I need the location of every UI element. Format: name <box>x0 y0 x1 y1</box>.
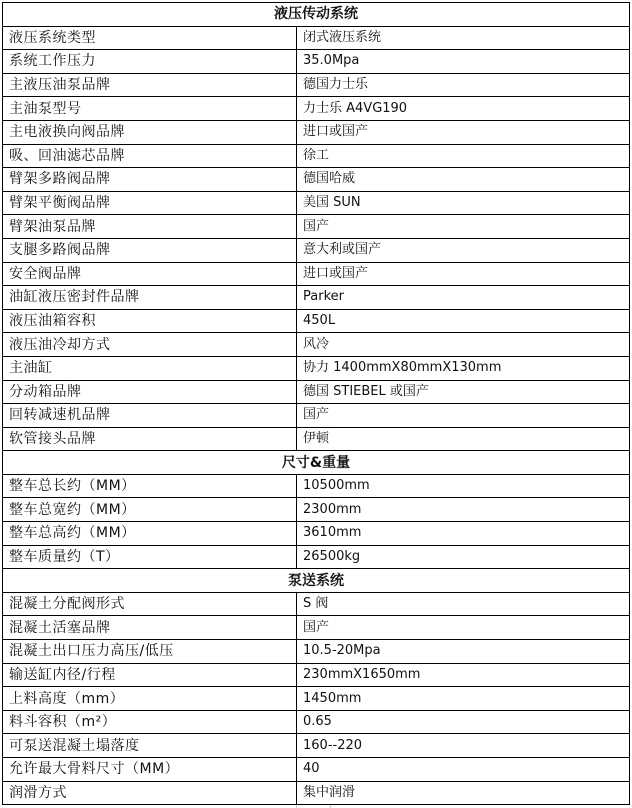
row-label: 软管接头品牌 <box>3 427 297 451</box>
section-header-row: 尺寸&重量 <box>3 451 630 475</box>
row-label: 整车总宽约（MM） <box>3 498 297 522</box>
row-value: 2300mm <box>297 498 630 522</box>
row-value: 450L <box>297 309 630 333</box>
row-label: 整车总长约（MM） <box>3 474 297 498</box>
row-label: 臂架平衡阀品牌 <box>3 191 297 215</box>
row-value: 力士乐 A4VG190 <box>297 97 630 121</box>
table-row: 油缸液压密封件品牌Parker <box>3 286 630 310</box>
row-value: 3610mm <box>297 522 630 546</box>
row-label: 输送缸内径/行程 <box>3 663 297 687</box>
row-value: 协力 1400mmX80mmX130mm <box>297 356 630 380</box>
row-label: 整车质量约（T） <box>3 545 297 569</box>
table-row: 臂架油泵品牌国产 <box>3 215 630 239</box>
row-value: 风冷 <box>297 333 630 357</box>
section-title-dimensions: 尺寸&重量 <box>3 451 630 475</box>
row-label: 混凝土活塞品牌 <box>3 616 297 640</box>
table-row: 系统工作压力35.0Mpa <box>3 50 630 74</box>
section-header-row: 泵送系统 <box>3 569 630 593</box>
row-label: 混凝土出口压力高压/低压 <box>3 640 297 664</box>
row-value: 35.0Mpa <box>297 50 630 74</box>
row-label: 液压油箱容积 <box>3 309 297 333</box>
table-row: 可泵送混凝土塌落度160--220 <box>3 734 630 758</box>
table-row: 整车总宽约（MM）2300mm <box>3 498 630 522</box>
table-row: 吸、回油滤芯品牌徐工 <box>3 144 630 168</box>
row-label: 主油缸 <box>3 356 297 380</box>
row-label: 油缸液压密封件品牌 <box>3 286 297 310</box>
table-row: 料斗容积（m²）0.65 <box>3 710 630 734</box>
row-label: 臂架油泵品牌 <box>3 215 297 239</box>
table-row: 输送缸内径/行程230mmX1650mm <box>3 663 630 687</box>
row-value: 26500kg <box>297 545 630 569</box>
row-label: 主液压油泵品牌 <box>3 73 297 97</box>
row-value: 闭式液压系统 <box>297 26 630 50</box>
row-value: 进口或国产 <box>297 120 630 144</box>
table-row: 支腿多路阀品牌意大利或国产 <box>3 238 630 262</box>
row-label: 上料高度（mm） <box>3 687 297 711</box>
row-value: 40 <box>297 758 630 782</box>
table-row: 主液压油泵品牌德国力士乐 <box>3 73 630 97</box>
row-value: 国产 <box>297 404 630 428</box>
row-value: S 阀 <box>297 592 630 616</box>
row-value: 0.65 <box>297 710 630 734</box>
row-value: 230mmX1650mm <box>297 663 630 687</box>
section-header-row: 液压传动系统 <box>3 3 630 27</box>
table-row: 允许最大骨料尺寸（MM）40 <box>3 758 630 782</box>
section-title-hydraulic: 液压传动系统 <box>3 3 630 27</box>
row-label: 料斗容积（m²） <box>3 710 297 734</box>
table-row: 安全阀品牌进口或国产 <box>3 262 630 286</box>
table-row: 整车总长约（MM）10500mm <box>3 474 630 498</box>
section-title-pumping: 泵送系统 <box>3 569 630 593</box>
row-value: 伊顿 <box>297 427 630 451</box>
row-label: 润滑方式 <box>3 781 297 805</box>
row-label: 液压系统类型 <box>3 26 297 50</box>
row-value: 集中润滑 <box>297 781 630 805</box>
row-label: 分动箱品牌 <box>3 380 297 404</box>
row-value: 国产 <box>297 215 630 239</box>
row-value: 10500mm <box>297 474 630 498</box>
table-row: 臂架多路阀品牌德国哈威 <box>3 168 630 192</box>
row-label: 支腿多路阀品牌 <box>3 238 297 262</box>
row-label: 系统工作压力 <box>3 50 297 74</box>
row-label: 允许最大骨料尺寸（MM） <box>3 758 297 782</box>
row-value: 德国力士乐 <box>297 73 630 97</box>
row-value: 徐工 <box>297 144 630 168</box>
spec-table-body: 液压传动系统 液压系统类型闭式液压系统 系统工作压力35.0Mpa 主液压油泵品… <box>3 3 630 805</box>
row-value: 160--220 <box>297 734 630 758</box>
table-row: 液压油箱容积450L <box>3 309 630 333</box>
table-row: 混凝土出口压力高压/低压10.5-20Mpa <box>3 640 630 664</box>
table-row: 混凝土活塞品牌国产 <box>3 616 630 640</box>
row-value: 10.5-20Mpa <box>297 640 630 664</box>
row-label: 吸、回油滤芯品牌 <box>3 144 297 168</box>
row-label: 混凝土分配阀形式 <box>3 592 297 616</box>
row-value: 国产 <box>297 616 630 640</box>
row-value: 德国哈威 <box>297 168 630 192</box>
row-label: 臂架多路阀品牌 <box>3 168 297 192</box>
row-label: 主电液换向阀品牌 <box>3 120 297 144</box>
table-row: 回转减速机品牌国产 <box>3 404 630 428</box>
row-value: 意大利或国产 <box>297 238 630 262</box>
table-row: 软管接头品牌伊顿 <box>3 427 630 451</box>
table-row: 整车总高约（MM）3610mm <box>3 522 630 546</box>
row-label: 液压油冷却方式 <box>3 333 297 357</box>
table-row: 上料高度（mm）1450mm <box>3 687 630 711</box>
table-row: 液压油冷却方式风冷 <box>3 333 630 357</box>
table-row: 臂架平衡阀品牌美国 SUN <box>3 191 630 215</box>
row-label: 回转减速机品牌 <box>3 404 297 428</box>
table-row: 主油缸协力 1400mmX80mmX130mm <box>3 356 630 380</box>
table-row: 主油泵型号力士乐 A4VG190 <box>3 97 630 121</box>
table-row: 混凝土分配阀形式S 阀 <box>3 592 630 616</box>
row-label: 整车总高约（MM） <box>3 522 297 546</box>
row-value: 1450mm <box>297 687 630 711</box>
spec-table: 液压传动系统 液压系统类型闭式液压系统 系统工作压力35.0Mpa 主液压油泵品… <box>2 2 630 805</box>
table-row: 分动箱品牌德国 STIEBEL 或国产 <box>3 380 630 404</box>
table-row: 整车质量约（T）26500kg <box>3 545 630 569</box>
row-value: Parker <box>297 286 630 310</box>
table-row: 润滑方式集中润滑 <box>3 781 630 805</box>
table-row: 液压系统类型闭式液压系统 <box>3 26 630 50</box>
row-label: 可泵送混凝土塌落度 <box>3 734 297 758</box>
table-row: 主电液换向阀品牌进口或国产 <box>3 120 630 144</box>
row-value: 美国 SUN <box>297 191 630 215</box>
row-value: 德国 STIEBEL 或国产 <box>297 380 630 404</box>
row-label: 安全阀品牌 <box>3 262 297 286</box>
row-label: 主油泵型号 <box>3 97 297 121</box>
row-value: 进口或国产 <box>297 262 630 286</box>
